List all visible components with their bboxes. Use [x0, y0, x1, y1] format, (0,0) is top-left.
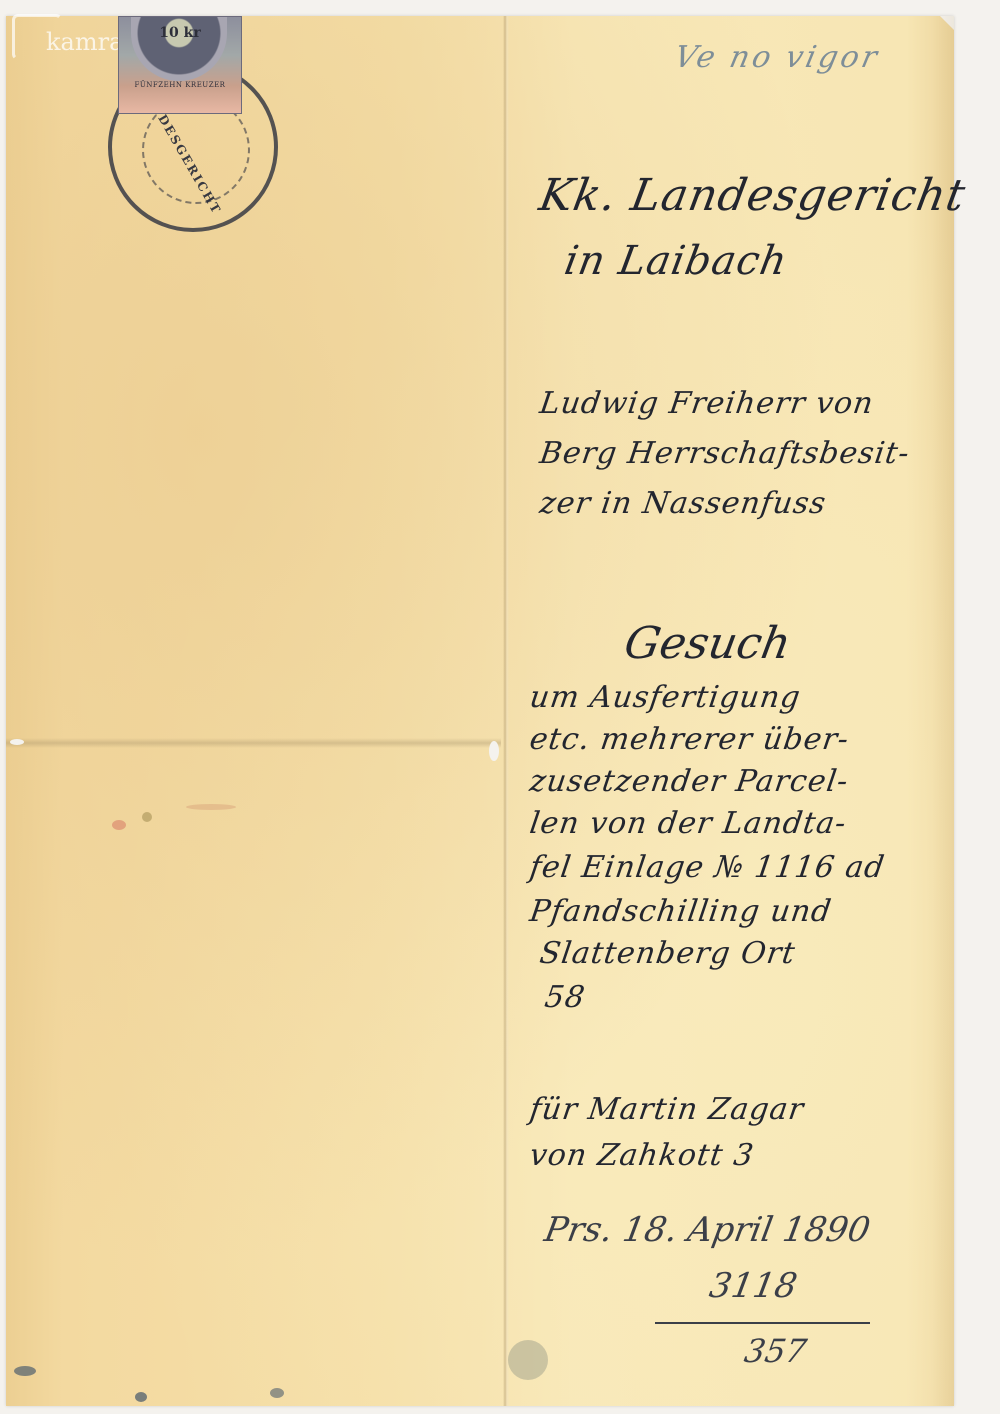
subject-line: fel Einlage № 1116 ad: [528, 850, 888, 885]
stamp-value: 10 kr: [119, 25, 241, 41]
subject-line: etc. mehrerer über-: [528, 722, 852, 757]
pencil-annotation: Ve no vigor: [671, 40, 883, 75]
ink-blot: [270, 1388, 284, 1398]
petitioner-line: zer in Nassenfuss: [538, 486, 829, 521]
ink-blot: [14, 1366, 36, 1376]
watermark-text: kamra: [46, 28, 123, 56]
beneficiary-line: für Martin Zagar: [528, 1092, 807, 1127]
fold-tear: [489, 741, 499, 761]
subject-line: um Ausfertigung: [528, 680, 804, 715]
subject-line: len von der Landta-: [528, 806, 849, 841]
addressee-line-2: in Laibach: [561, 238, 791, 284]
petition-heading: Gesuch: [621, 618, 795, 669]
addressee-line-1: Kk. Landesgericht: [536, 170, 970, 221]
petitioner-line: Berg Herrschaftsbesit-: [538, 436, 912, 471]
red-stain: [112, 820, 126, 830]
fraction-line: [655, 1322, 870, 1324]
subject-line: zusetzender Parcel-: [528, 764, 851, 799]
file-number-bottom: 357: [742, 1332, 810, 1370]
vertical-fold-crease: [503, 16, 509, 1406]
subject-line: Pfandschilling und: [528, 894, 834, 929]
petitioner-line: Ludwig Freiherr von: [538, 386, 877, 421]
kamra-watermark: kamra: [12, 14, 112, 60]
stain: [186, 804, 236, 810]
stamp-caption: FÜNFZEHN KREUZER: [119, 81, 241, 89]
file-number-top: 3118: [706, 1266, 800, 1306]
beneficiary-line: von Zahkott 3: [528, 1138, 757, 1173]
edge-tear-left: [10, 739, 24, 745]
receipt-date: Prs. 18. April 1890: [541, 1210, 873, 1250]
revenue-stamp: 10 kr FÜNFZEHN KREUZER: [118, 16, 242, 114]
horizontal-fold-crease: [6, 738, 501, 748]
torn-corner: [940, 16, 954, 30]
document-page: [6, 16, 954, 1406]
stain: [142, 812, 152, 822]
subject-line: 58: [543, 980, 588, 1015]
subject-line: Slattenberg Ort: [538, 936, 798, 971]
water-stain: [508, 1340, 548, 1380]
ink-blot: [135, 1392, 147, 1402]
